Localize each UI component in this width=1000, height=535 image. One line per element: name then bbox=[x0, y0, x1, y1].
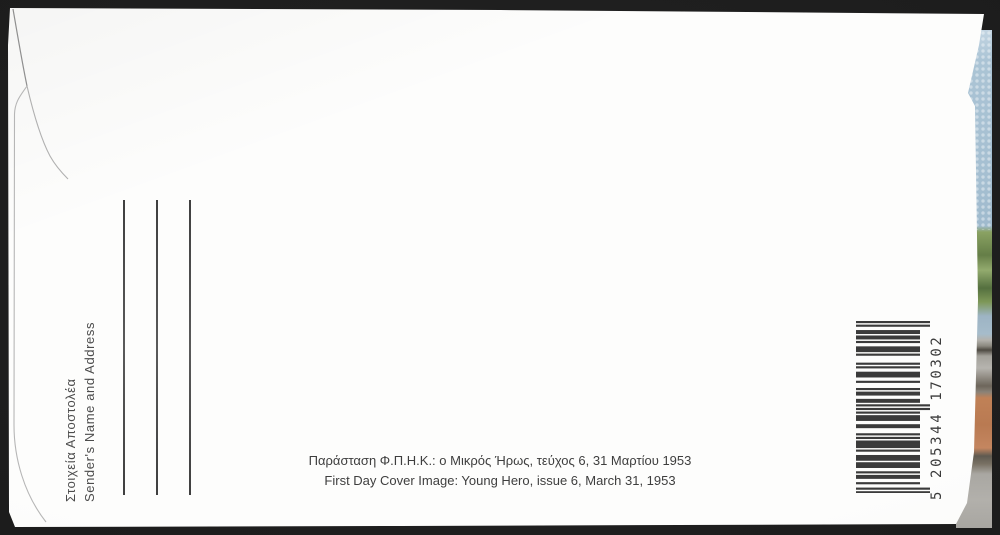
barcode-digits: 5 205344 170302 bbox=[929, 335, 945, 500]
address-line bbox=[189, 200, 191, 495]
sender-label-greek: Στοιχεία Αποστολέα bbox=[61, 322, 80, 502]
barcode-bars-graphic bbox=[856, 321, 932, 493]
address-line bbox=[156, 200, 158, 495]
sender-label-english: Sender's Name and Address bbox=[80, 322, 99, 502]
caption-block: Παράσταση Φ.Π.Η.Κ.: ο Μικρός Ήρως, τεύχο… bbox=[300, 451, 700, 491]
envelope-back: Στοιχεία Αποστολέα Sender's Name and Add… bbox=[0, 0, 1000, 535]
caption-greek: Παράσταση Φ.Π.Η.Κ.: ο Μικρός Ήρως, τεύχο… bbox=[300, 451, 700, 471]
address-line bbox=[123, 200, 125, 495]
sender-label-block: Στοιχεία Αποστολέα Sender's Name and Add… bbox=[61, 322, 99, 502]
scan-background: Στοιχεία Αποστολέα Sender's Name and Add… bbox=[0, 0, 1000, 535]
caption-english: First Day Cover Image: Young Hero, issue… bbox=[300, 471, 700, 491]
